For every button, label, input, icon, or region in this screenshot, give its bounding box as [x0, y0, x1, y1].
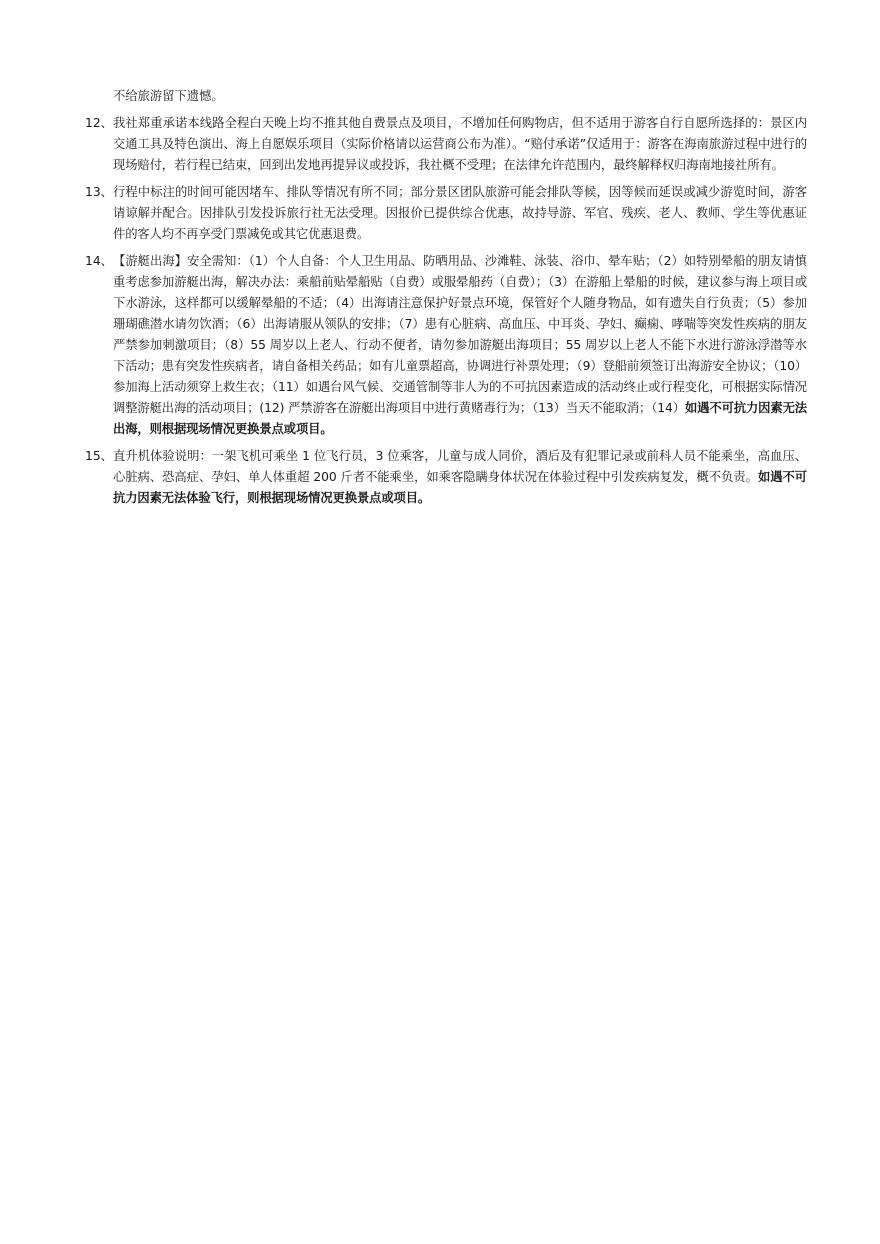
item-body: 行程中标注的时间可能因堵车、排队等情况有所不同；部分景区团队旅游可能会排队等候，…	[113, 185, 807, 241]
item-body: 【游艇出海】安全需知：（1）个人自备：个人卫生用品、防晒用品、沙滩鞋、泳装、浴巾…	[113, 254, 807, 415]
continuation-text: 不给旅游留下遗憾。	[85, 86, 807, 107]
item-number: 15、	[85, 446, 113, 509]
list-item-15: 15、 直升机体验说明：一架飞机可乘坐 1 位飞行员，3 位乘客，儿童与成人同价…	[85, 446, 807, 509]
item-body: 我社郑重承诺本线路全程白天晚上均不推其他自费景点及项目，不增加任何购物店，但不适…	[113, 116, 807, 172]
item-number: 14、	[85, 251, 113, 440]
item-number: 13、	[85, 182, 113, 245]
list-item-12: 12、 我社郑重承诺本线路全程白天晚上均不推其他自费景点及项目，不增加任何购物店…	[85, 113, 807, 176]
list-item-14: 14、 【游艇出海】安全需知：（1）个人自备：个人卫生用品、防晒用品、沙滩鞋、泳…	[85, 251, 807, 440]
list-item-13: 13、 行程中标注的时间可能因堵车、排队等情况有所不同；部分景区团队旅游可能会排…	[85, 182, 807, 245]
item-number: 12、	[85, 113, 113, 176]
item-text: 我社郑重承诺本线路全程白天晚上均不推其他自费景点及项目，不增加任何购物店，但不适…	[113, 113, 807, 176]
item-text: 直升机体验说明：一架飞机可乘坐 1 位飞行员，3 位乘客，儿童与成人同价，酒后及…	[113, 446, 807, 509]
item-body: 直升机体验说明：一架飞机可乘坐 1 位飞行员，3 位乘客，儿童与成人同价，酒后及…	[113, 449, 807, 484]
item-text: 【游艇出海】安全需知：（1）个人自备：个人卫生用品、防晒用品、沙滩鞋、泳装、浴巾…	[113, 251, 807, 440]
item-text: 行程中标注的时间可能因堵车、排队等情况有所不同；部分景区团队旅游可能会排队等候，…	[113, 182, 807, 245]
document-page: 不给旅游留下遗憾。 12、 我社郑重承诺本线路全程白天晚上均不推其他自费景点及项…	[85, 86, 807, 515]
